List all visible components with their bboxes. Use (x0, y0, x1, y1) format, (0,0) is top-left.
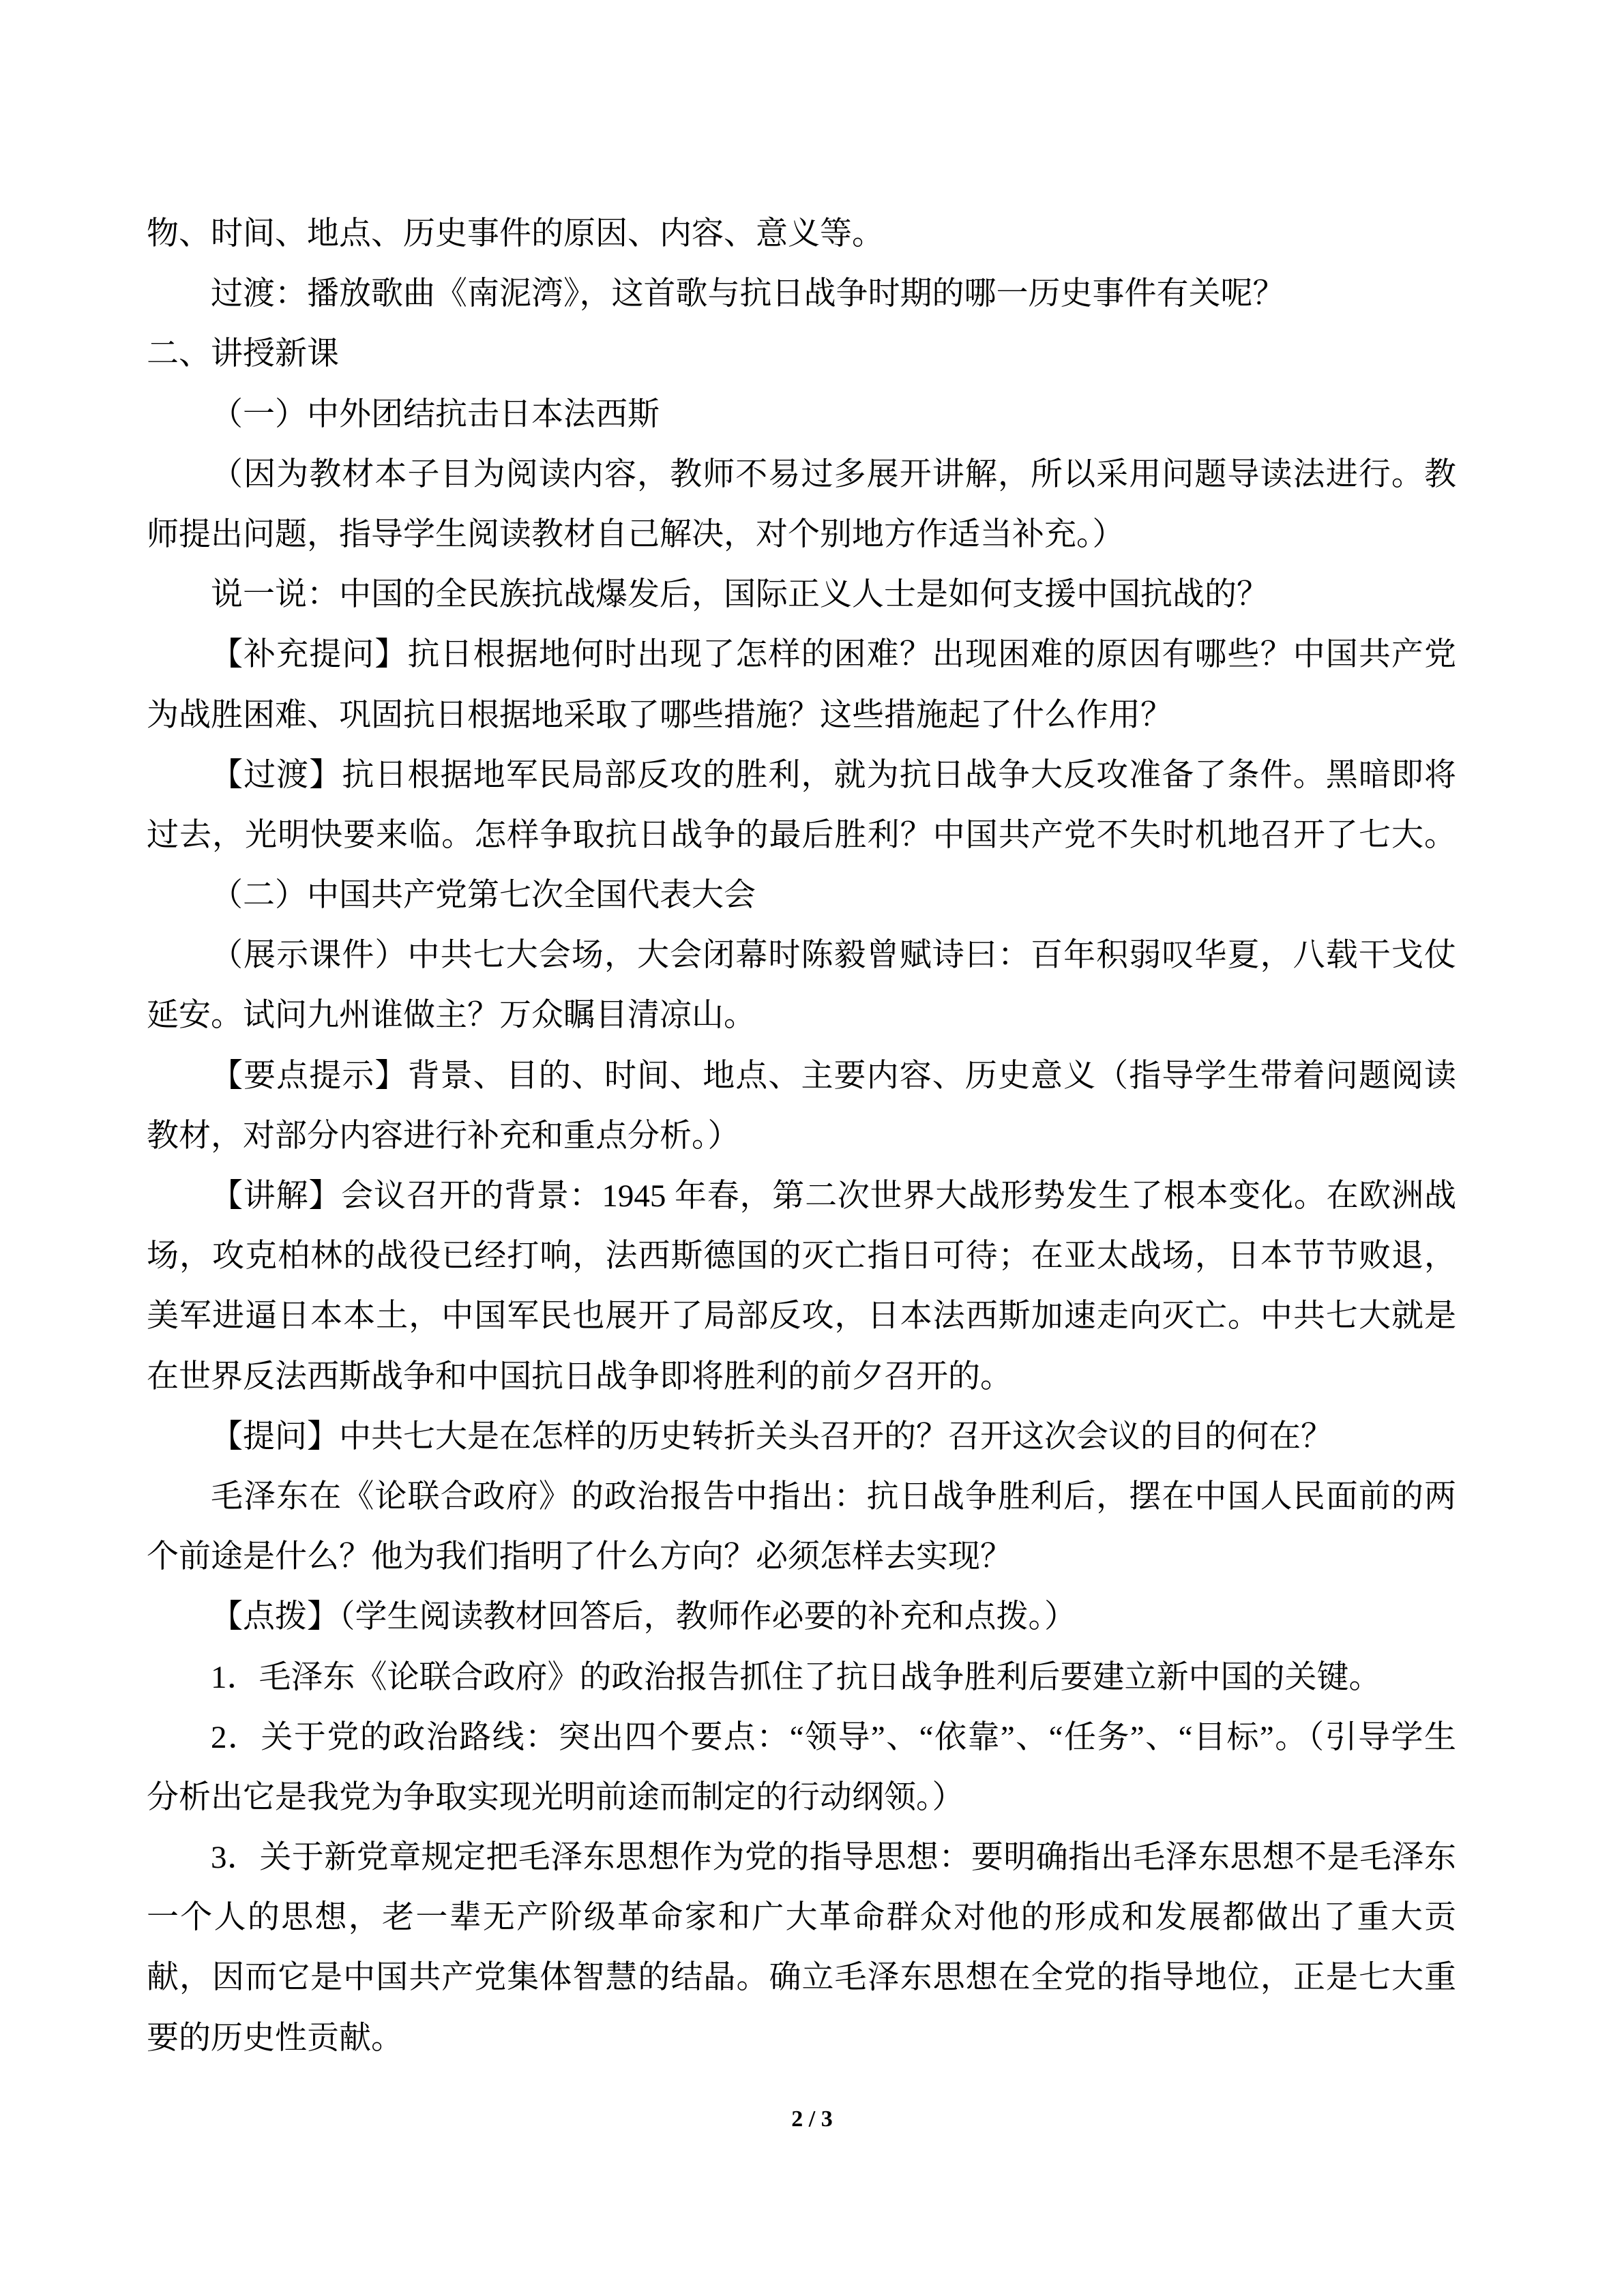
text-line: 二、讲授新课 (147, 324, 1456, 384)
text-line: 【点拨】（学生阅读教材回答后，教师作必要的补充和点拨。） (147, 1587, 1456, 1647)
text-line: 【过渡】抗日根据地军民局部反攻的胜利，就为抗日战争大反攻准备了条件。黑暗即将 (147, 745, 1456, 805)
text-line: 【讲解】会议召开的背景：1945 年春，第二次世界大战形势发生了根本变化。在欧洲… (147, 1166, 1456, 1226)
page: 物、时间、地点、历史事件的原因、内容、意义等。 过渡：播放歌曲《南泥湾》，这首歌… (0, 0, 1624, 2296)
text-line: （一）中外团结抗击日本法西斯 (147, 385, 1456, 445)
text-line: （因为教材本子目为阅读内容，教师不易过多展开讲解，所以采用问题导读法进行。教 (147, 445, 1456, 505)
text-line: 场，攻克柏林的战役已经打响，法西斯德国的灭亡指日可待；在亚太战场，日本节节败退， (147, 1226, 1456, 1286)
text-line: （二）中国共产党第七次全国代表大会 (147, 865, 1456, 925)
text-line: 师提出问题，指导学生阅读教材自己解决，对个别地方作适当补充。） (147, 505, 1456, 565)
text-line: 物、时间、地点、历史事件的原因、内容、意义等。 (147, 204, 1456, 264)
text-line: 在世界反法西斯战争和中国抗日战争即将胜利的前夕召开的。 (147, 1347, 1456, 1407)
text-line: 毛泽东在《论联合政府》的政治报告中指出：抗日战争胜利后，摆在中国人民面前的两 (147, 1467, 1456, 1527)
text-line: 为战胜困难、巩固抗日根据地采取了哪些措施？这些措施起了什么作用？ (147, 685, 1456, 745)
text-line: 【补充提问】抗日根据地何时出现了怎样的困难？出现困难的原因有哪些？中国共产党 (147, 625, 1456, 685)
text-line: （展示课件）中共七大会场，大会闭幕时陈毅曾赋诗曰：百年积弱叹华夏，八载干戈仗 (147, 925, 1456, 985)
text-line: 【提问】中共七大是在怎样的历史转折关头召开的？召开这次会议的目的何在？ (147, 1407, 1456, 1467)
text-line: 【要点提示】背景、目的、时间、地点、主要内容、历史意义（指导学生带着问题阅读 (147, 1046, 1456, 1106)
page-number-footer: 2 / 3 (0, 2099, 1624, 2140)
text-line: 2．关于党的政治路线：突出四个要点：“领导”、“依靠”、“任务”、“目标”。（引… (147, 1708, 1456, 1768)
text-line: 3．关于新党章规定把毛泽东思想作为党的指导思想：要明确指出毛泽东思想不是毛泽东 (147, 1828, 1456, 1888)
text-line: 过去，光明快要来临。怎样争取抗日战争的最后胜利？中国共产党不失时机地召开了七大。 (147, 805, 1456, 865)
text-line: 个前途是什么？他为我们指明了什么方向？必须怎样去实现？ (147, 1527, 1456, 1587)
text-line: 延安。试问九州谁做主？万众瞩目清凉山。 (147, 985, 1456, 1045)
text-line: 一个人的思想，老一辈无产阶级革命家和广大革命群众对他的形成和发展都做出了重大贡 (147, 1888, 1456, 1948)
text-line: 要的历史性贡献。 (147, 2008, 1456, 2068)
text-line: 美军进逼日本本土，中国军民也展开了局部反攻，日本法西斯加速走向灭亡。中共七大就是 (147, 1286, 1456, 1346)
text-line: 教材，对部分内容进行补充和重点分析。） (147, 1106, 1456, 1166)
text-line: 过渡：播放歌曲《南泥湾》，这首歌与抗日战争时期的哪一历史事件有关呢？ (147, 264, 1456, 324)
document-body: 物、时间、地点、历史事件的原因、内容、意义等。 过渡：播放歌曲《南泥湾》，这首歌… (147, 204, 1456, 2068)
text-line: 献，因而它是中国共产党集体智慧的结晶。确立毛泽东思想在全党的指导地位，正是七大重 (147, 1948, 1456, 2008)
text-line: 1．毛泽东《论联合政府》的政治报告抓住了抗日战争胜利后要建立新中国的关键。 (147, 1648, 1456, 1708)
text-line: 说一说：中国的全民族抗战爆发后，国际正义人士是如何支援中国抗战的？ (147, 565, 1456, 625)
text-line: 分析出它是我党为争取实现光明前途而制定的行动纲领。） (147, 1768, 1456, 1828)
